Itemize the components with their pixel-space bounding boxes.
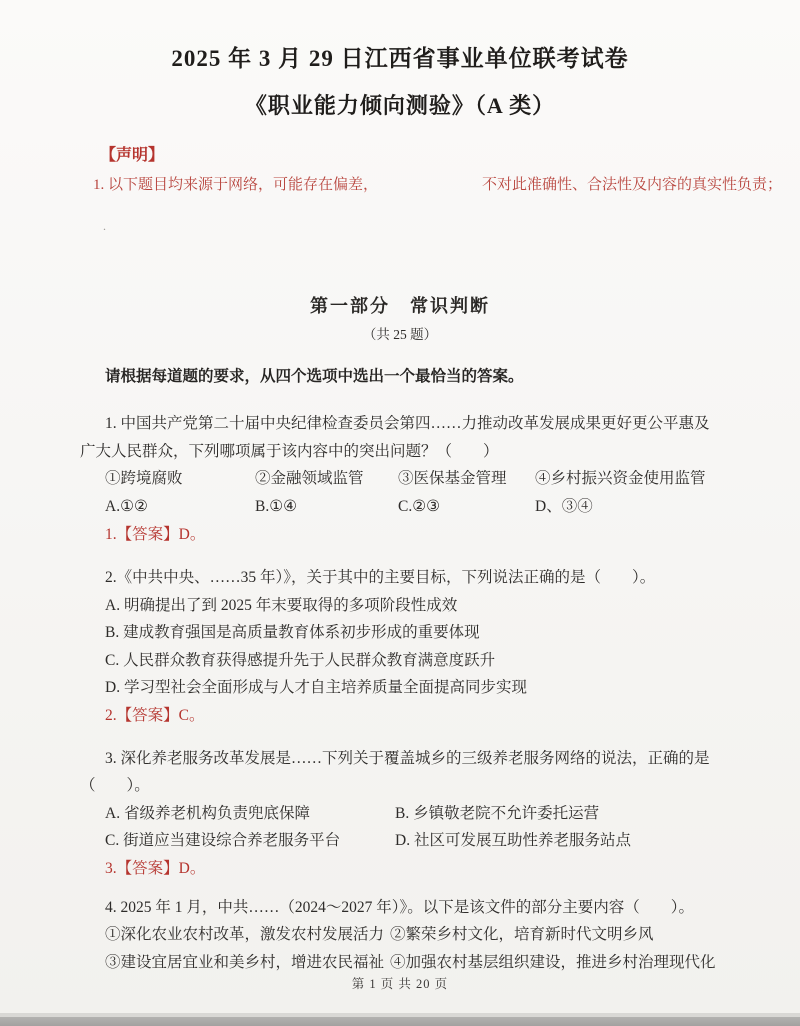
numbered-item: ③医保基金管理 (398, 465, 535, 493)
exam-page: 2025 年 3 月 29 日江西省事业单位联考试卷 《职业能力倾向测验》（A … (0, 0, 800, 1026)
choice-item: D、③④ (535, 493, 720, 521)
numbered-item: ②繁荣乡村文化，培育新时代文明乡风 (390, 921, 720, 949)
statement-part2: 不对此准确性、合法性及内容的真实性负责； (482, 177, 782, 193)
statement-part1: 1. 以下题目均来源于网络，可能存在偏差， (93, 177, 378, 193)
statement-block: 【声明】 1. 以下题目均来源于网络，可能存在偏差，不对此准确性、合法性及内容的… (80, 145, 720, 196)
section-question-count: （共 25 题） (80, 326, 720, 344)
answer-line: 1.【答案】D。 (80, 521, 720, 548)
question-stem: 1. 中国共产党第二十届中央纪律检查委员会第四……力推动改革发展成果更好更公平惠… (80, 410, 720, 465)
numbered-item: ③建设宜居宜业和美乡村，增进农民福祉 (105, 949, 390, 977)
numbered-item: ④乡村振兴资金使用监管 (535, 465, 720, 493)
question-choices: A.①② B.①④ C.②③ D、③④ (80, 493, 720, 521)
question-4: 4. 2025 年 1 月，中共……（2024～2027 年）》。以下是该文件的… (80, 894, 720, 977)
section-title: 第一部分 常识判断 (80, 294, 720, 318)
choice-item: C. 街道应当建设综合养老服务平台 (105, 827, 395, 855)
question-choices: C. 街道应当建设综合养老服务平台 D. 社区可发展互助性养老服务站点 (80, 827, 720, 855)
instruction-text: 请根据每道题的要求，从四个选项中选出一个最恰当的答案。 (80, 366, 720, 388)
choice-item: B.①④ (255, 493, 398, 521)
numbered-item: ④加强农村基层组织建设，推进乡村治理现代化 (390, 949, 720, 977)
photo-bottom-edge (0, 1017, 800, 1026)
page-number-footer: 第 1 页 共 20 页 (80, 976, 720, 993)
question-stem: 4. 2025 年 1 月，中共……（2024～2027 年）》。以下是该文件的… (80, 894, 720, 922)
question-2: 2.《中共中央、……35 年）》，关于其中的主要目标，下列说法正确的是（ ）。 … (80, 564, 720, 729)
numbered-item: ②金融领域监管 (255, 465, 398, 493)
question-numbered-items: ①深化农业农村改革，激发农村发展活力 ②繁荣乡村文化，培育新时代文明乡风 (80, 921, 720, 949)
question-stem: 2.《中共中央、……35 年）》，关于其中的主要目标，下列说法正确的是（ ）。 (80, 564, 720, 592)
question-1: 1. 中国共产党第二十届中央纪律检查委员会第四……力推动改革发展成果更好更公平惠… (80, 410, 720, 548)
numbered-item: ①深化农业农村改革，激发农村发展活力 (105, 921, 390, 949)
smudge-mark: . (103, 219, 106, 234)
answer-line: 2.【答案】C。 (80, 702, 720, 729)
statement-heading: 【声明】 (100, 145, 720, 167)
choice-item: B. 建成教育强国是高质量教育体系初步形成的重要体现 (80, 619, 720, 647)
choice-item: C. 人民群众教育获得感提升先于人民群众教育满意度跃升 (80, 647, 720, 675)
question-3: 3. 深化养老服务改革发展是……下列关于覆盖城乡的三级养老服务网络的说法，正确的… (80, 745, 720, 882)
choice-item: A. 省级养老机构负责兜底保障 (105, 800, 395, 828)
question-numbered-items: ③建设宜居宜业和美乡村，增进农民福祉 ④加强农村基层组织建设，推进乡村治理现代化 (80, 949, 720, 977)
answer-line: 3.【答案】D。 (80, 855, 720, 882)
choice-item: A. 明确提出了到 2025 年末要取得的多项阶段性成效 (80, 592, 720, 620)
choice-item: C.②③ (398, 493, 535, 521)
choice-item: A.①② (105, 493, 255, 521)
numbered-item: ①跨境腐败 (105, 465, 255, 493)
statement-line: 1. 以下题目均来源于网络，可能存在偏差，不对此准确性、合法性及内容的真实性负责… (93, 174, 720, 196)
exam-subtitle: 《职业能力倾向测验》（A 类） (0, 91, 800, 121)
choice-item: D. 社区可发展互助性养老服务站点 (395, 827, 720, 855)
choice-item: D. 学习型社会全面形成与人才自主培养质量全面提高同步实现 (80, 674, 720, 702)
question-choices: A. 省级养老机构负责兜底保障 B. 乡镇敬老院不允许委托运营 (80, 800, 720, 828)
question-numbered-items: ①跨境腐败 ②金融领域监管 ③医保基金管理 ④乡村振兴资金使用监管 (80, 465, 720, 493)
exam-title: 2025 年 3 月 29 日江西省事业单位联考试卷 (0, 0, 800, 74)
question-stem: 3. 深化养老服务改革发展是……下列关于覆盖城乡的三级养老服务网络的说法，正确的… (80, 745, 720, 800)
choice-item: B. 乡镇敬老院不允许委托运营 (395, 800, 720, 828)
